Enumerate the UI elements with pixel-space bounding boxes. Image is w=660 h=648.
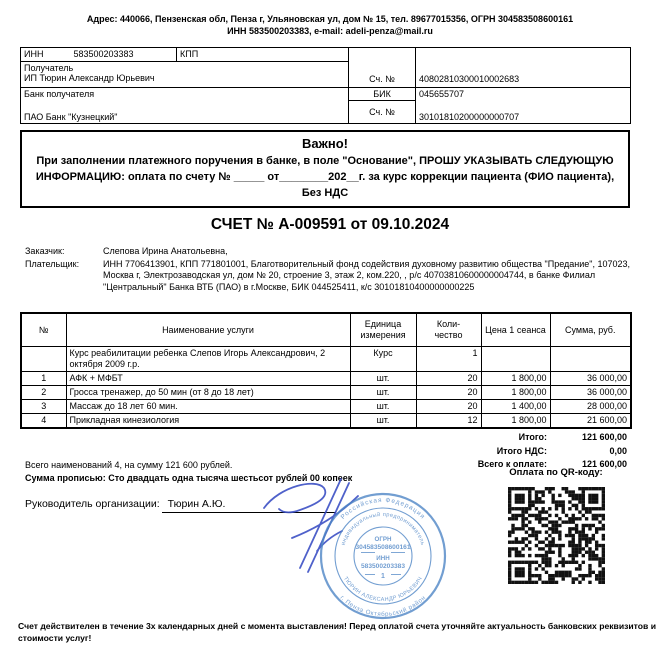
cell-sum: 36 000,00: [550, 372, 631, 386]
col-unit: Единица измерения: [350, 313, 416, 347]
footer-validity-note: Счет действителен в течение 3х календарн…: [18, 620, 660, 644]
address-line-1: Адрес: 440066, Пензенская обл, Пенза г, …: [0, 13, 660, 25]
cell-price: 1 800,00: [481, 414, 550, 429]
table-row: 3 Массаж до 18 лет 60 мин. шт. 20 1 400,…: [21, 400, 631, 414]
important-notice-box: Важно! При заполнении платежного поручен…: [20, 130, 630, 208]
notice-title: Важно!: [22, 136, 628, 152]
stamp-inn-value: 583500203383: [361, 563, 405, 570]
cell-qty: 20: [416, 400, 481, 414]
cell-num: 2: [21, 386, 66, 400]
cell-sum: 28 000,00: [550, 400, 631, 414]
table-row: 4 Прикладная кинезиология шт. 12 1 800,0…: [21, 414, 631, 429]
inn-value: 583500203383: [71, 48, 177, 62]
corr-account-label: Сч. №: [349, 101, 416, 124]
cell-name: Гросса тренажер, до 50 мин (от 8 до 18 л…: [66, 386, 350, 400]
services-header-row: № Наименование услуги Единица измерения …: [21, 313, 631, 347]
payer-value: ИНН 7706413901, КПП 771801001, Благотвор…: [103, 259, 630, 294]
invoice-title: СЧЕТ № А-009591 от 09.10.2024: [0, 216, 660, 234]
recipient-cell: Получатель ИП Тюрин Александр Юрьевич: [21, 62, 349, 88]
bik-value: 045655707: [419, 89, 627, 99]
company-address: Адрес: 440066, Пензенская обл, Пенза г, …: [0, 13, 660, 37]
bank-label: Банк получателя: [24, 89, 345, 99]
inn-label: ИНН: [21, 48, 71, 62]
qr-code: [508, 487, 605, 584]
kpp-label: КПП: [177, 48, 349, 62]
qr-payment-label: Оплата по QR-коду:: [500, 467, 612, 478]
recipient-name: ИП Тюрин Александр Юрьевич: [24, 73, 345, 83]
cell-qty: 20: [416, 372, 481, 386]
cell-num: 3: [21, 400, 66, 414]
total-value: 121 600,00: [547, 431, 630, 445]
cell-qty: 1: [416, 347, 481, 372]
customer-value: Слепова Ирина Анатольевна,: [103, 246, 630, 258]
parties-block: Заказчик: Слепова Ирина Анатольевна, Пла…: [25, 246, 630, 293]
items-count-line: Всего наименований 4, на сумму 121 600 р…: [25, 460, 232, 470]
stamp-inn-label: ИНН: [376, 555, 390, 562]
cell-sum: 21 600,00: [550, 414, 631, 429]
total-label: Итого:: [330, 431, 547, 445]
address-line-2: ИНН 583500203383, e-mail: adeli-penza@ma…: [0, 25, 660, 37]
cell-name: Массаж до 18 лет 60 мин.: [66, 400, 350, 414]
cell-num: 1: [21, 372, 66, 386]
company-stamp: Российская Федерация г. Пенза Октябрьски…: [317, 490, 449, 622]
cell-unit: шт.: [350, 372, 416, 386]
bank-name: ПАО Банк "Кузнецкий": [24, 112, 345, 122]
cell-unit: шт.: [350, 414, 416, 429]
cell-qty: 20: [416, 386, 481, 400]
col-quantity: Коли- чество: [416, 313, 481, 347]
recipient-label: Получатель: [24, 63, 345, 73]
stamp-ogrn-value: 304583508600161: [355, 544, 410, 551]
cell-price: 1 800,00: [481, 386, 550, 400]
cell-num: 4: [21, 414, 66, 429]
corr-account-value: 30101810200000000707: [419, 112, 627, 122]
total-nds-label: Итого НДС:: [330, 445, 547, 459]
col-service-name: Наименование услуги: [66, 313, 350, 347]
cell-price: 1 800,00: [481, 372, 550, 386]
table-row: 2 Гросса тренажер, до 50 мин (от 8 до 18…: [21, 386, 631, 400]
cell-unit: Курс: [350, 347, 416, 372]
customer-label: Заказчик:: [25, 246, 103, 258]
account-value: 40802810300010002683: [416, 48, 631, 88]
cell-unit: шт.: [350, 386, 416, 400]
cell-sum: [550, 347, 631, 372]
total-row: Итого: 121 600,00: [330, 431, 630, 445]
bik-label: БИК: [349, 88, 416, 101]
bank-requisites-table: ИНН 583500203383 КПП Сч. № 4080281030001…: [20, 47, 631, 124]
cell-name: Прикладная кинезиология: [66, 414, 350, 429]
col-price: Цена 1 сеанса: [481, 313, 550, 347]
table-row: 1 АФК + МФБТ шт. 20 1 800,00 36 000,00: [21, 372, 631, 386]
total-row: Итого НДС: 0,00: [330, 445, 630, 459]
cell-price: [481, 347, 550, 372]
cell-num: [21, 347, 66, 372]
col-sum: Сумма, руб.: [550, 313, 631, 347]
services-table: № Наименование услуги Единица измерения …: [20, 312, 632, 429]
cell-unit: шт.: [350, 400, 416, 414]
bank-cell: Банк получателя ПАО Банк "Кузнецкий": [21, 88, 349, 124]
total-nds-value: 0,00: [547, 445, 630, 459]
stamp-ogrn-label: ОГРН: [375, 536, 392, 543]
cell-name: Курс реабилитации ребенка Слепов Игорь А…: [66, 347, 350, 372]
stamp-number: 1: [381, 573, 385, 580]
cell-sum: 36 000,00: [550, 386, 631, 400]
totals-block: Итого: 121 600,00 Итого НДС: 0,00 Всего …: [330, 431, 630, 472]
account-label: Сч. №: [349, 48, 416, 88]
payer-label: Плательщик:: [25, 259, 103, 294]
col-number: №: [21, 313, 66, 347]
notice-body: При заполнении платежного поручения в ба…: [22, 152, 628, 201]
bik-corr-cell: 045655707 30101810200000000707: [416, 88, 631, 124]
invoice-document: Адрес: 440066, Пензенская обл, Пенза г, …: [0, 0, 660, 648]
table-row: Курс реабилитации ребенка Слепов Игорь А…: [21, 347, 631, 372]
cell-price: 1 400,00: [481, 400, 550, 414]
cell-qty: 12: [416, 414, 481, 429]
cell-name: АФК + МФБТ: [66, 372, 350, 386]
director-label: Руководитель организации:: [25, 498, 160, 510]
